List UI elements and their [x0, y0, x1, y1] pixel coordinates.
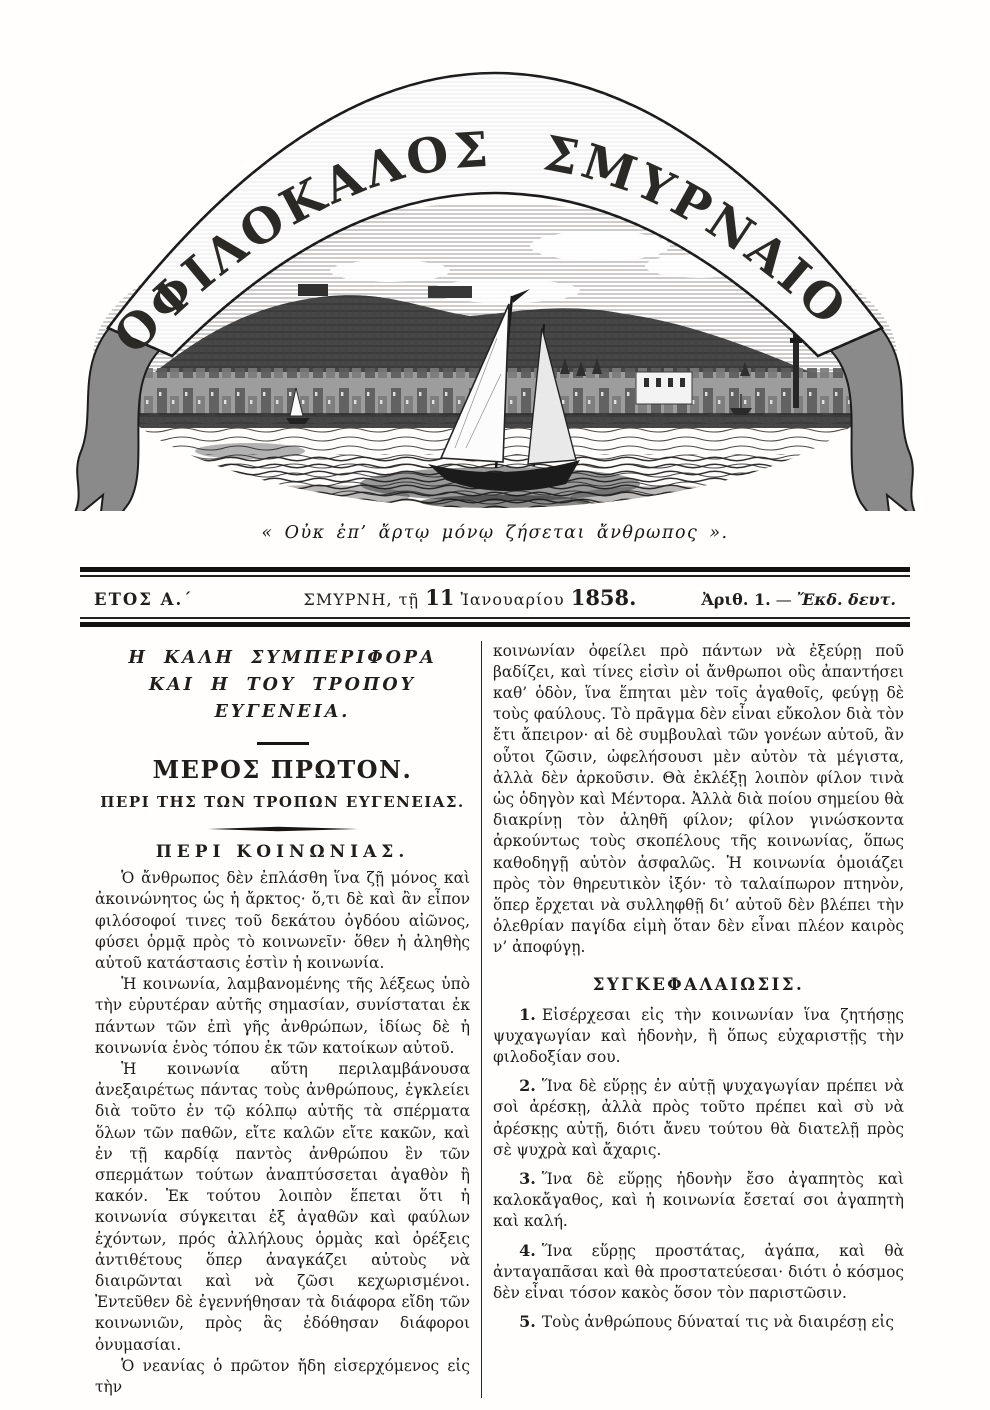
item-text: Ἵνα εὕρῃς προστάτας, ἀγάπα, καὶ θὰ ἀνταγ… — [493, 1242, 904, 1302]
article-title-line1: Η ΚΑΛΗ ΣΥΜΠΕΡΙΦΟΡΑ — [95, 645, 470, 672]
paragraph: Ἡ κοινωνία αὕτη περιλαμβάνουσα ἀνεξαιρέτ… — [95, 1059, 470, 1356]
item-text: Εἰσέρχεσαι εἰς τὴν κοινωνίαν ἵνα ζητήσῃς… — [493, 1006, 904, 1066]
paragraph: Ὁ νεανίας ὁ πρῶτον ἤδη εἰσερχόμενος εἰς … — [95, 1356, 470, 1398]
edition-label: Ἔκδ. δευτ. — [797, 590, 896, 609]
item-text: Τοὺς ἀνθρώπους δύναταί τις νὰ διαιρέσῃ ε… — [542, 1313, 894, 1331]
cloud — [530, 231, 670, 261]
numbered-item: 4.Ἵνα εὕρῃς προστάτας, ἀγάπα, καὶ θὰ ἀντ… — [493, 1240, 904, 1305]
numbered-item: 2.Ἵνα δὲ εὕρῃς ἐν αὐτῇ ψυχαγωγίαν πρέπει… — [493, 1075, 904, 1161]
fortress — [428, 286, 472, 298]
fortress — [298, 284, 328, 296]
cloud — [330, 260, 450, 282]
item-number: 1. — [519, 1005, 536, 1024]
numbered-item: 5.Τοὺς ἀνθρώπους δύναταί τις νὰ διαιρέσῃ… — [493, 1311, 904, 1333]
paragraph: Ἡ κοινωνία, λαμβανομένης τῆς λέξεως ὑπὸ … — [95, 974, 470, 1059]
item-text: Ἵνα δὲ εὕρῃς ἐν αὐτῇ ψυχαγωγίαν πρέπει ν… — [493, 1077, 904, 1159]
item-text: Ἵνα δὲ εὕρῃς ἡδονὴν ἔσο ἀγαπητὸς καὶ καλ… — [493, 1170, 904, 1230]
numbered-item: 1.Εἰσέρχεσαι εἰς τὴν κοινωνίαν ἵνα ζητήσ… — [493, 1004, 904, 1069]
paragraph: Ὁ ἄνθρωπος δὲν ἐπλάσθη ἵνα ζῇ μόνος καὶ … — [95, 868, 470, 974]
issue-edition: Ἀριθ. 1. — Ἔκδ. δευτ. — [646, 590, 896, 609]
tapered-divider — [208, 826, 358, 832]
place-date: ΣΜΥΡΝΗ, τῇ 11 Ἰανουαρίου 1858. — [294, 585, 646, 610]
month-label: Ἰανουαρίου — [461, 590, 565, 609]
motto: « Οὐκ ἐπ’ ἄρτῳ μόνῳ ζήσεται ἄνθρωπος ». — [0, 523, 990, 543]
right-column: κοινωνίαν ὀφείλει πρὸ πάντων νὰ ἐξεύρῃ π… — [481, 641, 904, 1399]
article-title: Η ΚΑΛΗ ΣΥΜΠΕΡΙΦΟΡΑ ΚΑΙ Η ΤΟΥ ΤΡΟΠΟΥ ΕΥΓΕ… — [95, 645, 470, 726]
article-columns: Η ΚΑΛΗ ΣΥΜΠΕΡΙΦΟΡΑ ΚΑΙ Η ΤΟΥ ΤΡΟΠΟΥ ΕΥΓΕ… — [95, 641, 904, 1399]
volume-label: ΕΤΟΣ Α.´ — [94, 590, 294, 609]
masthead: ΟΦΙΛΟΚΑΛΟΣ ΣΜΥΡΝΑΙΟΣ — [0, 56, 990, 511]
article-title-line2: ΚΑΙ Η ΤΟΥ ΤΡΟΠΟΥ ΕΥΓΕΝΕΙΑ. — [95, 672, 470, 726]
item-number: 5. — [519, 1312, 536, 1331]
item-number: 4. — [519, 1241, 536, 1260]
place-label: ΣΜΥΡΝΗ, τῇ — [304, 590, 420, 609]
dateline-row: ΕΤΟΣ Α.´ ΣΜΥΡΝΗ, τῇ 11 Ἰανουαρίου 1858. … — [80, 577, 910, 617]
issue-number: Ἀριθ. 1. — [701, 590, 770, 609]
item-number: 3. — [519, 1169, 536, 1188]
year-number: 1858. — [571, 585, 637, 610]
part-subheading: ΠΕΡΙ ΤΗΣ ΤΩΝ ΤΡΟΠΩΝ ΕΥΓΕΝΕΙΑΣ. — [95, 793, 470, 811]
part-heading: ΜΕΡΟΣ ΠΡΩΤΟΝ. — [95, 755, 470, 784]
separator-dash: — — [776, 590, 792, 609]
day-number: 11 — [425, 585, 454, 610]
newspaper-page: ΟΦΙΛΟΚΑΛΟΣ ΣΜΥΡΝΑΙΟΣ « Οὐκ ἐπ’ ἄρτῳ μόνῳ… — [0, 0, 990, 1410]
bottom-thick-rule — [80, 622, 910, 627]
white-building — [636, 372, 692, 404]
dash-divider — [257, 742, 309, 746]
item-number: 2. — [519, 1076, 536, 1095]
dateline-bar: ΕΤΟΣ Α.´ ΣΜΥΡΝΗ, τῇ 11 Ἰανουαρίου 1858. … — [80, 567, 910, 627]
left-column: Η ΚΑΛΗ ΣΥΜΠΕΡΙΦΟΡΑ ΚΑΙ Η ΤΟΥ ΤΡΟΠΟΥ ΕΥΓΕ… — [95, 641, 481, 1399]
numbered-item: 3.Ἵνα δὲ εὕρῃς ἡδονὴν ἔσο ἀγαπητὸς καὶ κ… — [493, 1168, 904, 1233]
continuation-paragraph: κοινωνίαν ὀφείλει πρὸ πάντων νὰ ἐξεύρῃ π… — [493, 641, 904, 959]
summary-heading: ΣΥΓΚΕΦΑΛΑΙΩΣΙΣ. — [493, 975, 904, 994]
section-heading: ΠΕΡΙ ΚΟΙΝΩΝΙΑΣ. — [95, 842, 470, 862]
